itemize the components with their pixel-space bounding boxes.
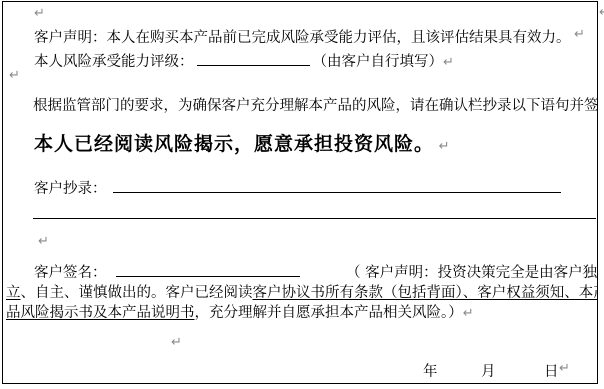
instruction-text: 根据监管部门的要求，为确保客户充分理解本产品的风险，请在确认栏抄录以下语句并签名… bbox=[33, 98, 598, 114]
risk-rating-label: 本人风险承受能力评级： bbox=[34, 54, 194, 70]
declaration-heading: 本人已经阅读风险揭示，愿意承担投资风险。 bbox=[34, 133, 434, 155]
signature-note-line-1: （ 客户声明：投资决策完全是由客户独 bbox=[346, 261, 597, 282]
paragraph-mark-icon: ↵ bbox=[599, 5, 604, 20]
declaration-heading-line: 本人已经阅读风险揭示，愿意承担投资风险。 ↵ bbox=[34, 129, 450, 156]
date-month-label: 月 bbox=[481, 360, 496, 381]
form-table-cell: ↵ 客户声明：本人在购买本产品前已完成风险承受能力评估，且该评估结果具有效力。 … bbox=[2, 1, 598, 384]
transcription-label: 客户抄录： bbox=[34, 181, 107, 197]
signature-label: 客户签名： bbox=[34, 265, 107, 281]
signature-note-line-3: 品风险揭示书及本产品说明书，充分理解并自愿承担本产品相关风险。）↵ bbox=[6, 301, 474, 322]
signature-blank-field[interactable] bbox=[116, 263, 300, 277]
date-year-label: 年 bbox=[423, 360, 438, 381]
risk-rating-line: 本人风险承受能力评级：（由客户自行填写）↵ bbox=[34, 50, 454, 71]
paragraph-mark-icon: ↵ bbox=[9, 68, 20, 83]
paragraph-mark-icon: ↵ bbox=[574, 27, 585, 42]
note-underlined-li: 立 bbox=[6, 285, 21, 301]
date-day-label: 日 bbox=[544, 360, 559, 381]
paragraph-mark-icon: ↵ bbox=[439, 139, 450, 154]
transcription-blank-line-1[interactable] bbox=[113, 179, 561, 193]
note-plain-text-2: ，充分理解并自愿承担本产品相关风险。） bbox=[195, 305, 463, 321]
paragraph-mark-icon: ↵ bbox=[463, 306, 474, 321]
paragraph-mark-icon: ↵ bbox=[38, 234, 49, 249]
paragraph-mark-icon: ↵ bbox=[443, 55, 454, 70]
risk-rating-suffix: （由客户自行填写） bbox=[313, 54, 444, 70]
paragraph-mark-icon: ↵ bbox=[559, 361, 570, 376]
risk-rating-blank-field[interactable] bbox=[197, 52, 310, 66]
transcription-blank-line-2[interactable] bbox=[33, 218, 596, 219]
signature-note-line-2: 立、自主、谨慎做出的。客户已经阅读客户协议书所有条款（包括背面）、客户权益须知、… bbox=[6, 281, 598, 302]
paragraph-mark-icon: ↵ bbox=[171, 335, 182, 350]
transcription-row: 客户抄录： bbox=[34, 177, 561, 198]
document-page: ↵ ↵ 客户声明：本人在购买本产品前已完成风险承受能力评估，且该评估结果具有效力… bbox=[0, 0, 604, 389]
note-plain-text: 、自主、谨慎做出的。客户已经阅读 bbox=[21, 285, 253, 301]
paragraph-mark-icon: ↵ bbox=[34, 6, 45, 21]
customer-statement-line: 客户声明：本人在购买本产品前已完成风险承受能力评估，且该评估结果具有效力。 bbox=[34, 26, 571, 47]
signature-row: 客户签名： bbox=[34, 261, 300, 282]
instruction-line: 根据监管部门的要求，为确保客户充分理解本产品的风险，请在确认栏抄录以下语句并签名… bbox=[33, 94, 598, 115]
note-underlined-documents-2: 品风险揭示书及本产品说明书 bbox=[6, 305, 195, 321]
note-underlined-documents: 客户协议书所有条款（包括背面）、客户权益须知、本产 bbox=[253, 285, 599, 301]
